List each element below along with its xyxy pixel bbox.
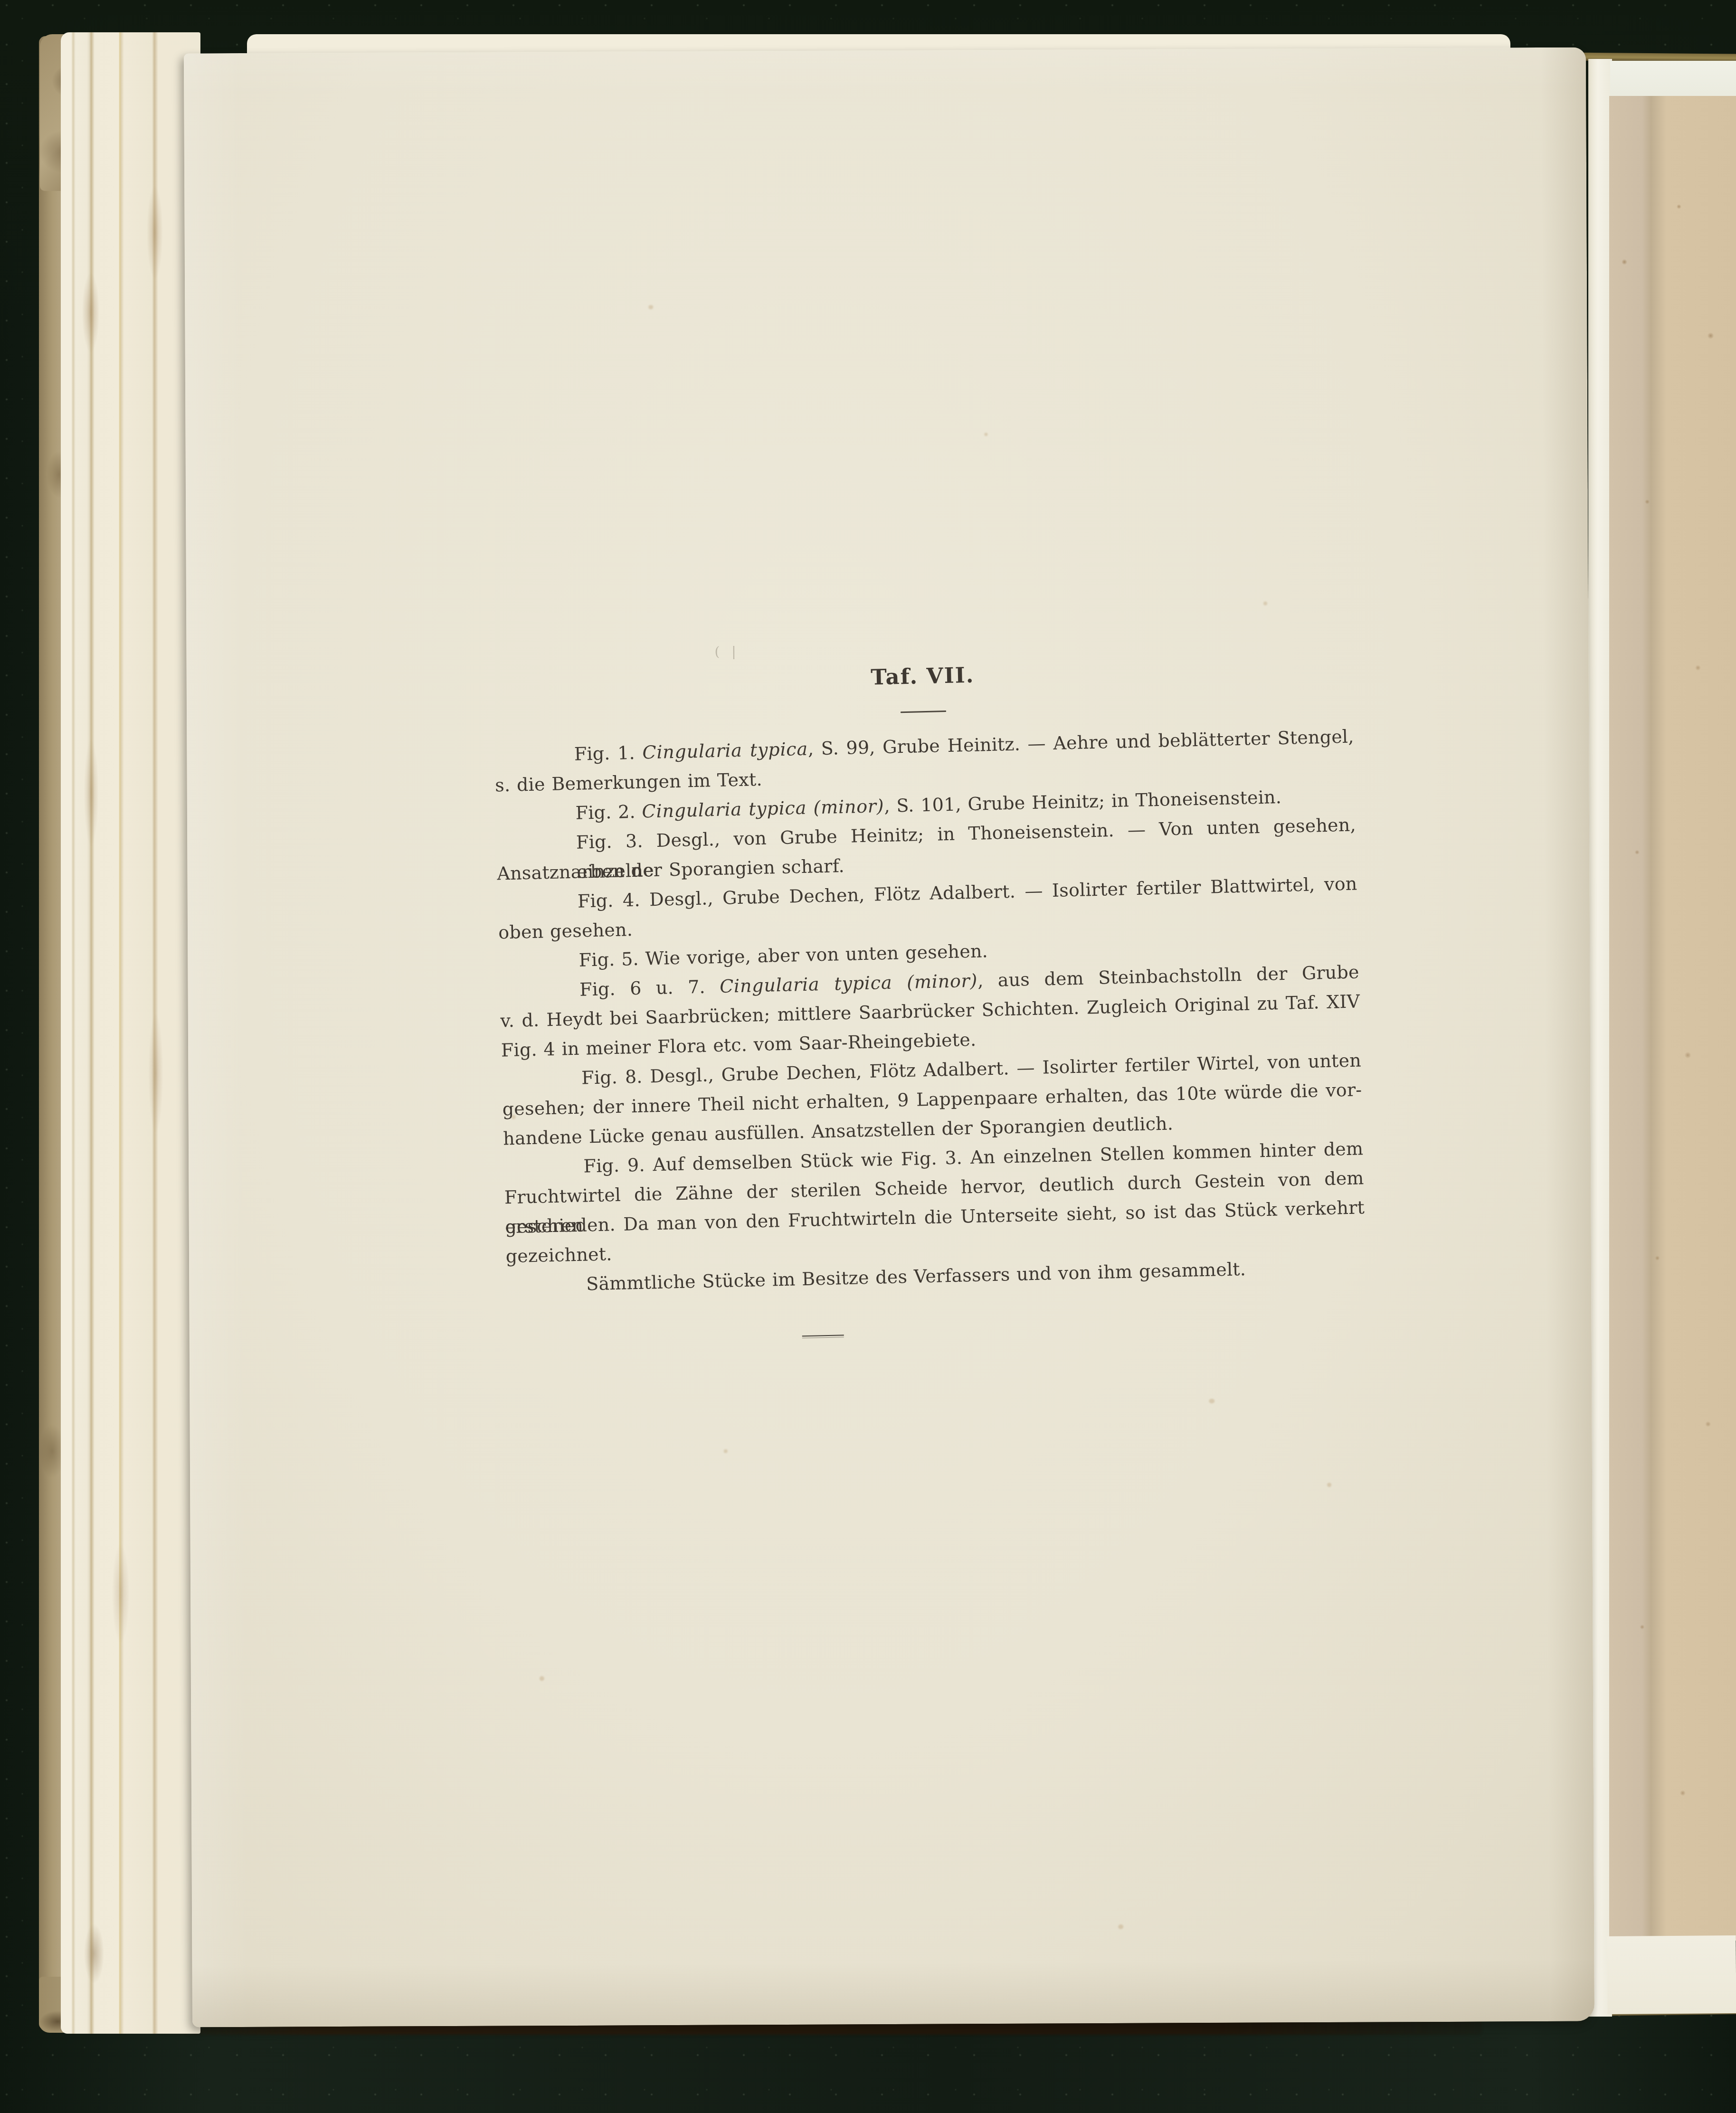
adjacent-page-bottom-corner: [1607, 1935, 1736, 2014]
foxing-spot: [1118, 1924, 1123, 1929]
foxing-spot: [1263, 602, 1267, 606]
foxing-spot: [1327, 1483, 1331, 1487]
foxing-spot: [1209, 1399, 1214, 1403]
book-page: ( | Taf. VII. Fig. 1. Cingularia typica,…: [184, 47, 1594, 2028]
plate-title: Taf. VII.: [493, 653, 1353, 700]
foxing-spot: [724, 1449, 728, 1453]
foxing-spot: [648, 305, 653, 309]
facing-plate-page: [1609, 96, 1736, 1941]
book-scan: ( | Taf. VII. Fig. 1. Cingularia typica,…: [0, 0, 1736, 2113]
title-rule: [901, 711, 946, 713]
plate-caption-block: Taf. VII. Fig. 1. Cingularia typica, S. …: [493, 646, 1366, 1301]
closing-rule: [802, 1335, 844, 1336]
page-edge-stack: [61, 32, 200, 2034]
caption-lines: Fig. 1. Cingularia typica, S. 99, Grube …: [494, 722, 1366, 1301]
foxing-spot: [540, 1676, 544, 1681]
foxing-spot: [984, 433, 987, 436]
ink-bleed-mark: ( |: [714, 644, 740, 659]
